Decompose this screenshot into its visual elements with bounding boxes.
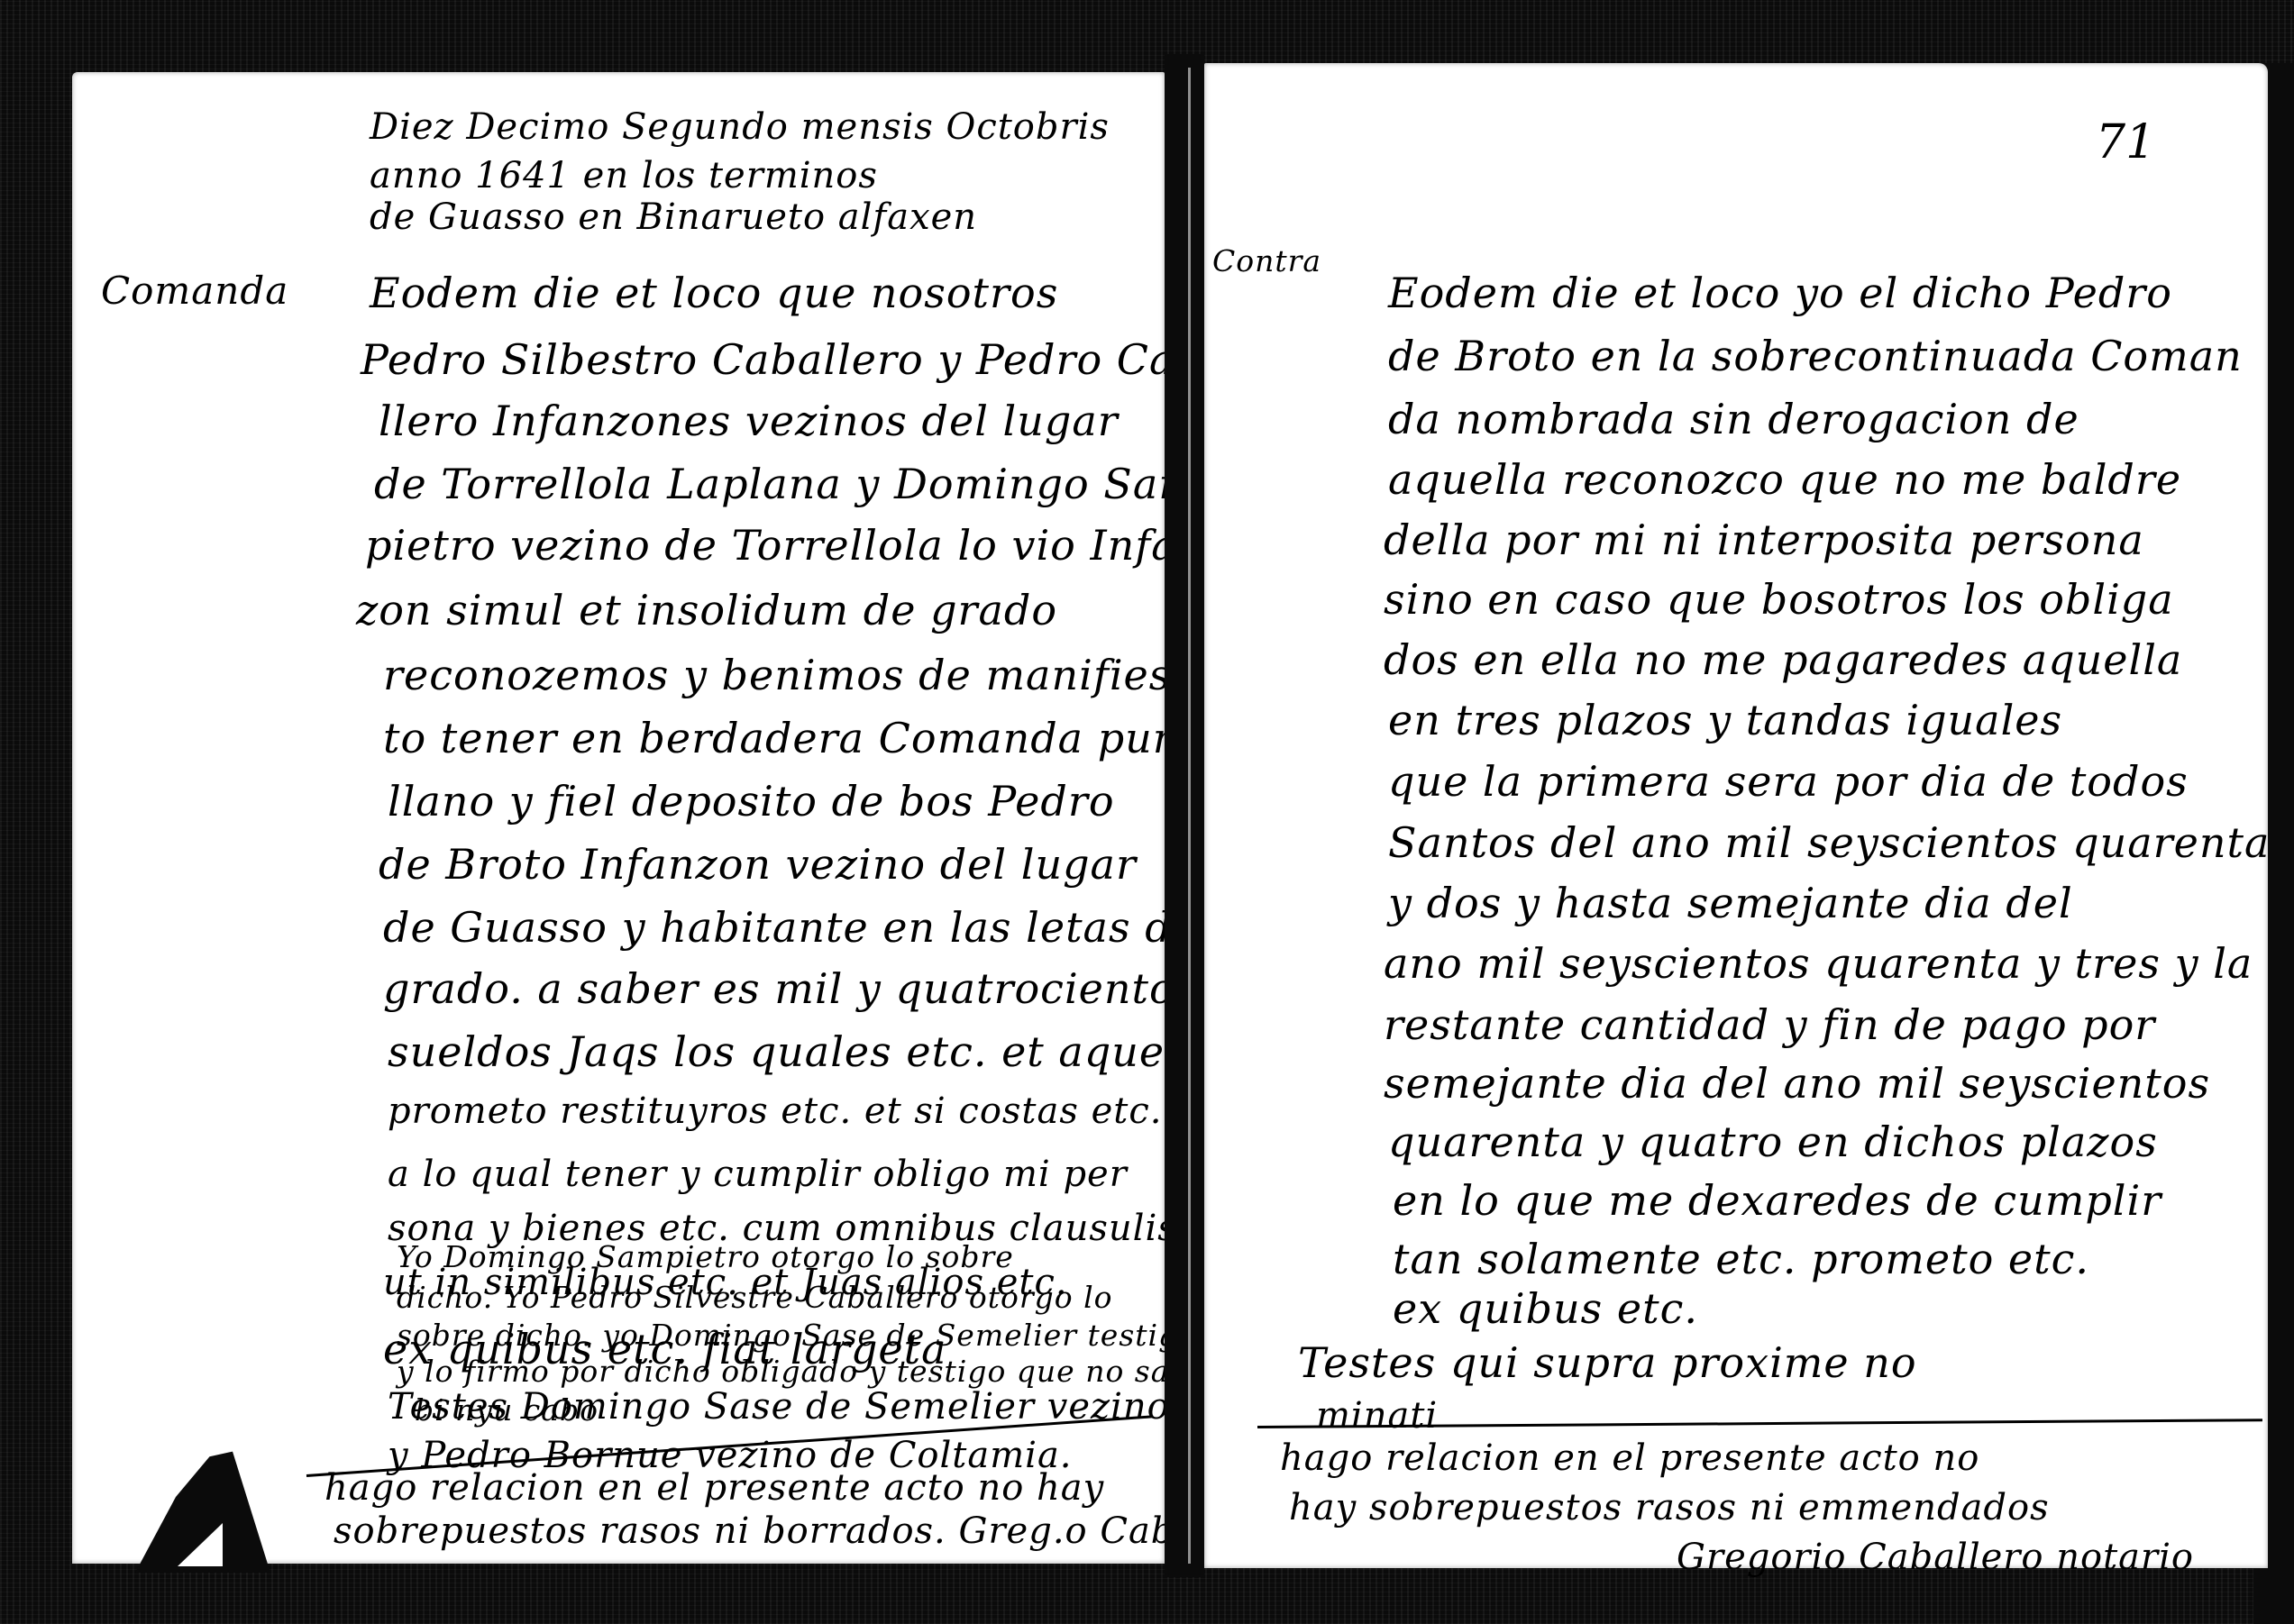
right-body-line: en tres plazos y tandas iguales [1388,696,2062,744]
left-body-line: pietro vezino de Torrellola lo vio Infan [365,521,1204,570]
right-relacion-line: hago relacion en el presente acto no [1280,1437,1979,1479]
left-body-line: grado. a saber es mil y quatrocientos [383,964,1197,1013]
left-margin-note: Comanda [101,269,288,313]
left-body-line: to tener en berdadera Comanda puro [383,714,1199,762]
right-margin-note: Contra [1212,243,1321,278]
left-relacion-line: hago relacion en el presente acto no hay [324,1467,1104,1509]
right-body-line: da nombrada sin derogacion de [1388,395,2079,443]
left-body-line: sueldos Jaqs los quales etc. et aquellos [388,1027,1241,1076]
book-gutter [1165,54,1204,1577]
left-header-line: Diez Decimo Segundo mensis Octobris [370,106,1110,148]
right-testes-line: minati [1316,1395,1438,1437]
right-body-line: semejante dia del ano mil seyscientos [1384,1059,2210,1108]
right-body-line: quarenta y quatro en dichos plazos [1388,1118,2158,1166]
right-body-line: tan solamente etc. prometo etc. [1393,1235,2089,1283]
right-body-line: dos en ella no me pagaredes aquella [1384,635,2182,684]
right-body-line: aquella reconozco que no me baldre [1388,455,2181,504]
right-relacion-line: hay sobrepuestos rasos ni emmendados [1289,1487,2050,1528]
left-signature-line: Yo Domingo Sampietro otorgo lo sobre [397,1239,1014,1274]
left-body-line: Pedro Silbestro Caballero y Pedro Cabo [361,335,1229,384]
right-body-line: que la primera sera por dia de todos [1388,757,2189,806]
right-body-line: ano mil seyscientos quarenta y tres y la [1384,939,2253,988]
left-body-line: reconozemos y benimos de manifies [383,651,1171,699]
right-body-line: Eodem die et loco yo el dicho Pedro [1388,269,2172,317]
left-body-line: llano y fiel deposito de bos Pedro [388,777,1115,826]
left-body-line: de Guasso y habitante en las letas del [383,903,1212,952]
left-body-line: prometo restituyros etc. et si costas et… [388,1090,1162,1132]
left-signature-line: dicho. Yo Pedro Silvestre Caballero otor… [397,1280,1113,1315]
left-body-line: de Torrellola Laplana y Domingo San [374,460,1186,508]
left-signature-line: y lo firmo por dicho obligado y testigo … [397,1354,1238,1389]
left-body-line: Eodem die et loco que nosotros [370,269,1058,317]
left-header-line: de Guasso en Binarueto alfaxen [370,196,977,238]
right-body-line: en lo que me dexaredes de cumplir [1393,1176,2161,1225]
notary-signature: Gregorio Caballero notario [1677,1537,2194,1578]
right-body-line: de Broto en la sobrecontinuada Coman [1388,332,2243,380]
right-body-line: restante cantidad y fin de pago por [1384,1000,2155,1049]
left-body-line: a lo qual tener y cumplir obligo mi per [388,1154,1128,1195]
left-header-line: anno 1641 en los terminos [370,155,878,196]
gutter-highlight [1188,68,1191,1564]
left-signature-line: bi nyu cabo [415,1392,599,1428]
right-testes-line: Testes qui supra proxime no [1298,1338,1917,1387]
left-body-line: de Broto Infanzon vezino del lugar [379,840,1137,889]
right-body-line: della por mi ni interposita persona [1384,515,2144,564]
page-number: 71 [2096,115,2155,169]
right-body-line: ex quibus etc. [1393,1284,1698,1333]
right-body-line: y dos y hasta semejante dia del [1388,879,2073,927]
right-body-line: sino en caso que bosotros los obliga [1384,575,2174,624]
left-body-line: zon simul et insolidum de grado [356,586,1057,634]
right-body-line: Santos del ano mil seyscientos quarenta [1388,818,2270,867]
left-body-line: llero Infanzones vezinos del lugar [379,397,1119,445]
